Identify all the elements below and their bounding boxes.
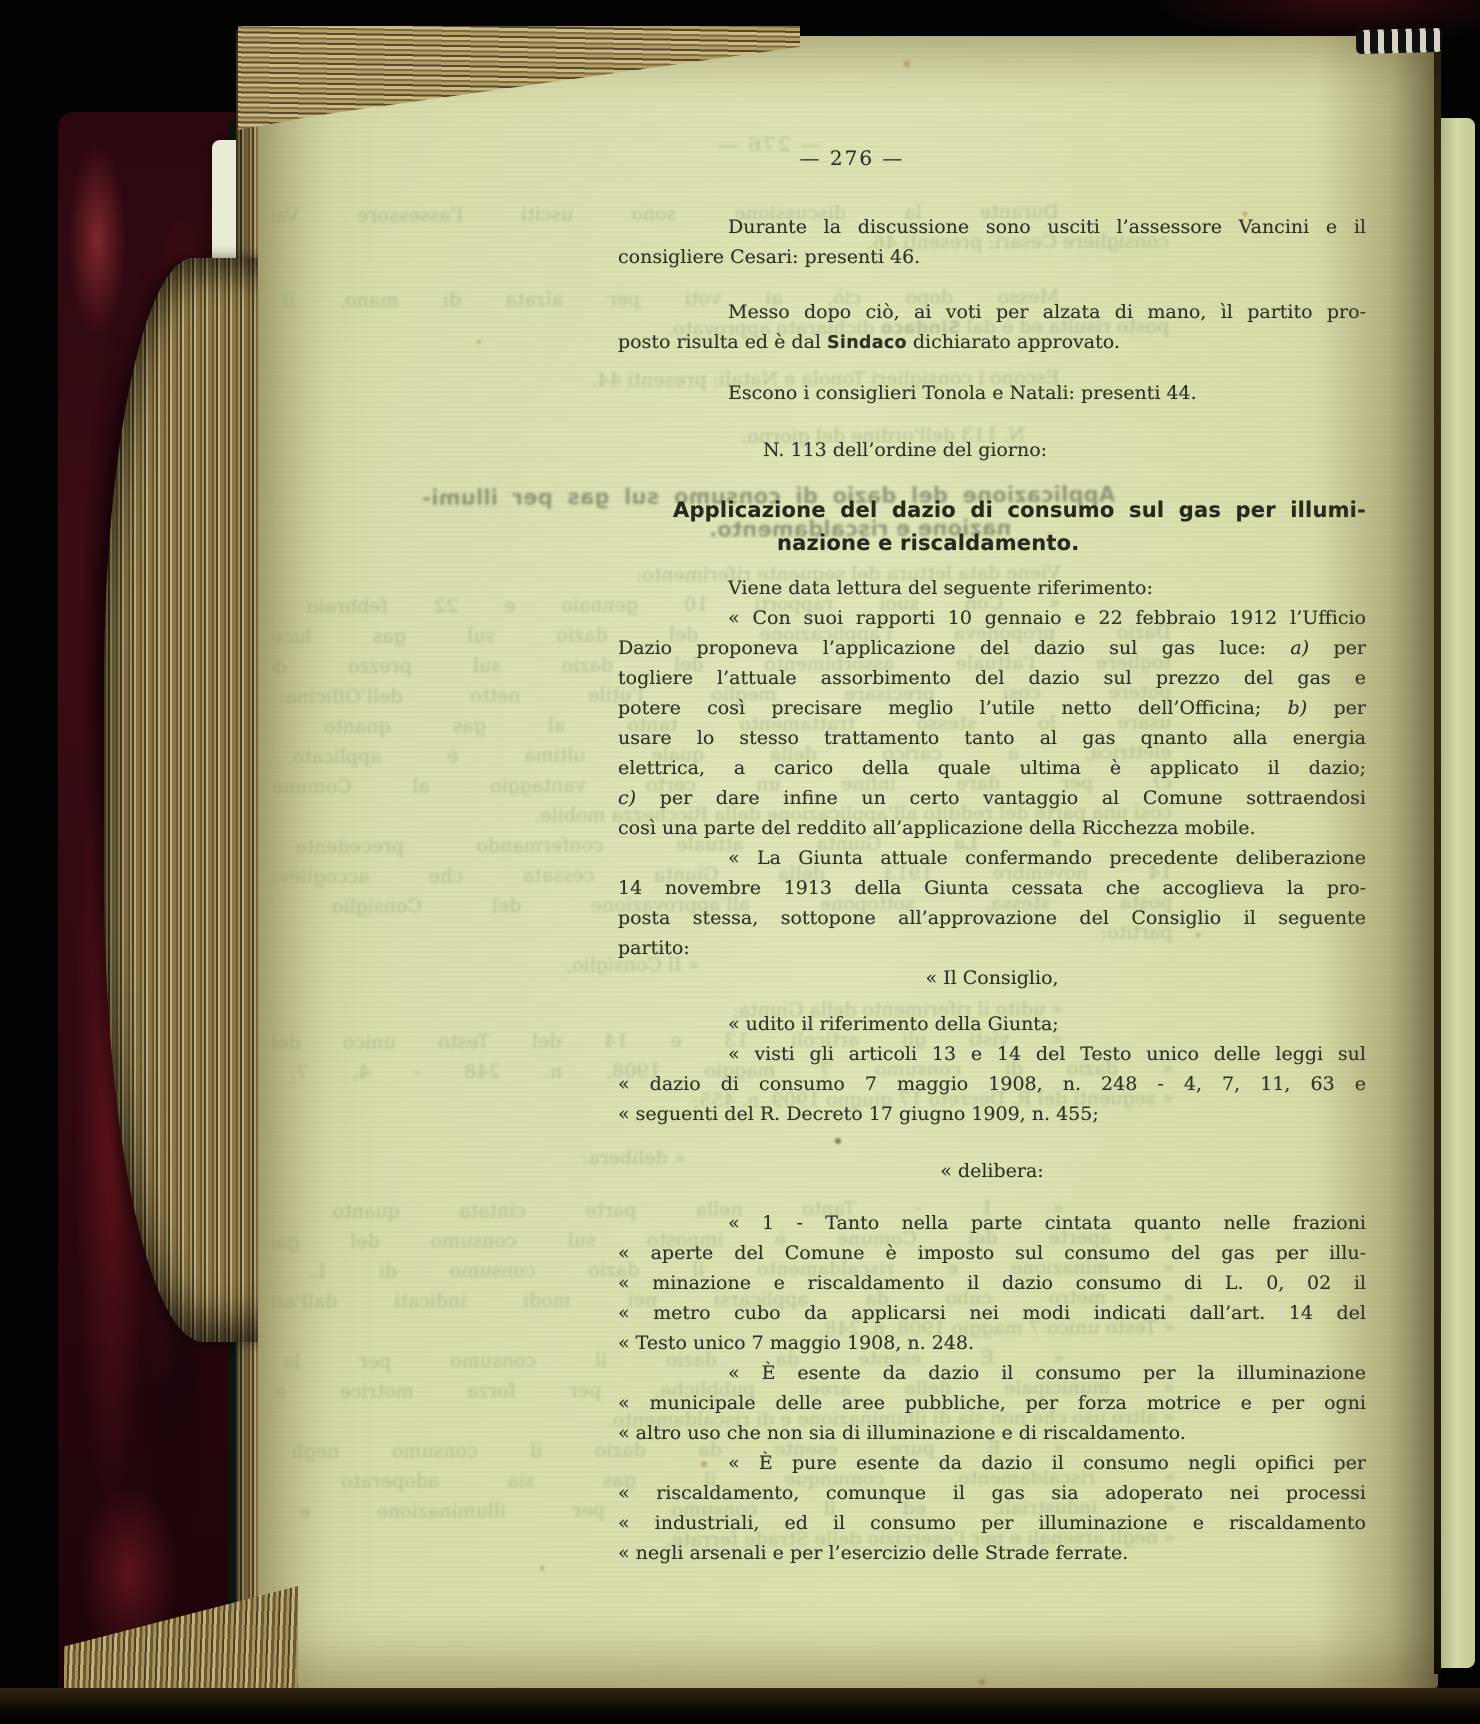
paragraph: « Con suoi rapporti 10 gennaio e 22 febb… bbox=[618, 603, 1366, 843]
section-heading: Applicazione del dazio di consumo sul ga… bbox=[673, 494, 1366, 560]
page-text: — 276 —Durante la discussione sono uscit… bbox=[618, 143, 1366, 1568]
paragraph: Escono i consiglieri Tonola e Natali: pr… bbox=[618, 378, 1366, 408]
text-run: « municipale delle aree pubbliche, per f… bbox=[618, 1392, 1366, 1414]
gutter-shadow bbox=[1318, 36, 1438, 1688]
text-run: N. 113 dell’ordine del giorno: bbox=[763, 439, 1047, 461]
text-run: così una parte del reddito all’applicazi… bbox=[618, 817, 1256, 839]
paragraph: « È esente da dazio il consumo per la il… bbox=[618, 1358, 1366, 1448]
book-photo: — 276 —Durante la discussione sono uscit… bbox=[0, 0, 1480, 1724]
text-line: « udito il riferimento della Giunta; bbox=[618, 1009, 1366, 1039]
text-line: Applicazione del dazio di consumo sul ga… bbox=[673, 494, 1366, 527]
text-run: usare lo stesso trattamento tanto al gas… bbox=[618, 727, 1366, 749]
text-run: Sindaco bbox=[827, 333, 907, 353]
text-run: nazione e riscaldamento. bbox=[777, 531, 1079, 555]
paragraph: Messo dopo ciò, ai voti per alzata di ma… bbox=[618, 297, 1366, 358]
text-line: posta stessa, sottopone all’approvazione… bbox=[618, 903, 1366, 933]
page-fold-line bbox=[1434, 34, 1441, 1674]
text-line: « municipale delle aree pubbliche, per f… bbox=[618, 1388, 1366, 1418]
text-run: Escono i consiglieri Tonola e Natali: pr… bbox=[728, 382, 1197, 404]
text-line: « 1 - Tanto nella parte cintata quanto n… bbox=[618, 1208, 1366, 1238]
paragraph: « La Giunta attuale confermando preceden… bbox=[618, 843, 1366, 963]
text-run: « È pure esente da dazio il consumo negl… bbox=[728, 1452, 1366, 1474]
text-run: Messo dopo ciò, ai voti per alzata di ma… bbox=[728, 301, 1366, 323]
text-run: consigliere Cesari: presenti 46. bbox=[618, 246, 920, 268]
text-run: « altro uso che non sia di illuminazione… bbox=[618, 1422, 1186, 1444]
text-run: Applicazione del dazio di consumo sul ga… bbox=[673, 498, 1366, 522]
paragraph: « È pure esente da dazio il consumo negl… bbox=[618, 1448, 1366, 1568]
text-line: 14 novembre 1913 della Giunta cessata ch… bbox=[618, 873, 1366, 903]
text-run: « È esente da dazio il consumo per la il… bbox=[728, 1362, 1366, 1384]
text-run: « La Giunta attuale confermando preceden… bbox=[728, 847, 1366, 869]
text-line: Dazio proponeva l’applicazione del dazio… bbox=[618, 633, 1366, 663]
text-run: « metro cubo da applicarsi nei modi indi… bbox=[618, 1302, 1366, 1324]
text-line: c) per dare infine un certo vantaggio al… bbox=[618, 783, 1366, 813]
centered-line: « delibera: bbox=[618, 1156, 1366, 1186]
text-line: N. 113 dell’ordine del giorno: bbox=[618, 435, 1366, 465]
text-run: 14 novembre 1913 della Giunta cessata ch… bbox=[618, 877, 1366, 899]
page-edges-bulge bbox=[104, 258, 276, 1342]
text-line: « Il Consiglio, bbox=[618, 963, 1366, 993]
adjacent-page-edge bbox=[1441, 118, 1475, 1668]
text-run: « negli arsenali e per l’esercizio delle… bbox=[618, 1542, 1128, 1564]
text-run: « industriali, ed il consumo per illumin… bbox=[618, 1512, 1366, 1534]
text-run: dichiarato approvato. bbox=[907, 331, 1120, 353]
text-run: c) bbox=[618, 787, 636, 809]
text-line: Escono i consiglieri Tonola e Natali: pr… bbox=[618, 378, 1366, 408]
text-run: partito: bbox=[618, 937, 690, 959]
text-line: — 276 — bbox=[478, 143, 1226, 173]
text-run: « Il Consiglio, bbox=[925, 967, 1058, 989]
text-run: « Con suoi rapporti 10 gennaio e 22 febb… bbox=[728, 607, 1366, 629]
text-line: « È pure esente da dazio il consumo negl… bbox=[618, 1448, 1366, 1478]
text-run: « aperte del Comune è imposto sul consum… bbox=[618, 1242, 1366, 1264]
text-run: « seguenti del R. Decreto 17 giugno 1909… bbox=[618, 1103, 1099, 1125]
text-line: « dazio di consumo 7 maggio 1908, n. 248… bbox=[618, 1069, 1366, 1099]
text-line: « altro uso che non sia di illuminazione… bbox=[618, 1418, 1366, 1448]
text-line: « riscaldamento, comunque il gas sia ado… bbox=[618, 1478, 1366, 1508]
text-run: « dazio di consumo 7 maggio 1908, n. 248… bbox=[618, 1073, 1366, 1095]
text-run: posta stessa, sottopone all’approvazione… bbox=[618, 907, 1366, 929]
text-line: Viene data lettura del seguente riferime… bbox=[618, 573, 1366, 603]
text-line: « negli arsenali e per l’esercizio delle… bbox=[618, 1538, 1366, 1568]
text-run: « riscaldamento, comunque il gas sia ado… bbox=[618, 1482, 1366, 1504]
text-run: « Testo unico 7 maggio 1908, n. 248. bbox=[618, 1332, 974, 1354]
paragraph: Viene data lettura del seguente riferime… bbox=[618, 573, 1366, 603]
text-line: partito: bbox=[618, 933, 1366, 963]
text-run: a) bbox=[1290, 637, 1309, 659]
text-line: « industriali, ed il consumo per illumin… bbox=[618, 1508, 1366, 1538]
text-line: togliere l’attuale assorbimento del dazi… bbox=[618, 663, 1366, 693]
text-line: potere così precisare meglio l’utile net… bbox=[618, 693, 1366, 723]
text-line: « È esente da dazio il consumo per la il… bbox=[618, 1358, 1366, 1388]
text-run: « minazione e riscaldamento il dazio con… bbox=[618, 1272, 1366, 1294]
text-line: Durante la discussione sono usciti l’ass… bbox=[618, 212, 1366, 242]
text-line: Messo dopo ciò, ai voti per alzata di ma… bbox=[618, 297, 1366, 327]
paragraph: « visti gli articoli 13 e 14 del Testo u… bbox=[618, 1039, 1366, 1129]
text-run: Dazio proponeva l’applicazione del dazio… bbox=[618, 637, 1290, 659]
text-line: « aperte del Comune è imposto sul consum… bbox=[618, 1238, 1366, 1268]
text-run: « visti gli articoli 13 e 14 del Testo u… bbox=[728, 1043, 1366, 1065]
paragraph: N. 113 dell’ordine del giorno: bbox=[618, 435, 1366, 465]
headband bbox=[1356, 28, 1443, 54]
paragraph: « 1 - Tanto nella parte cintata quanto n… bbox=[618, 1208, 1366, 1358]
text-line: « La Giunta attuale confermando preceden… bbox=[618, 843, 1366, 873]
text-line: elettrica, a carico della quale ultima è… bbox=[618, 753, 1366, 783]
centered-line: « Il Consiglio, bbox=[618, 963, 1366, 993]
text-line: « delibera: bbox=[618, 1156, 1366, 1186]
text-run: « delibera: bbox=[940, 1160, 1043, 1182]
text-run: elettrica, a carico della quale ultima è… bbox=[618, 757, 1366, 779]
book-bottom-shadow bbox=[0, 1688, 1480, 1724]
text-run: potere così precisare meglio l’utile net… bbox=[618, 697, 1288, 719]
text-line: « Testo unico 7 maggio 1908, n. 248. bbox=[618, 1328, 1366, 1358]
text-run: — 276 — bbox=[800, 146, 905, 170]
text-line: « seguenti del R. Decreto 17 giugno 1909… bbox=[618, 1099, 1366, 1129]
text-run: posto risulta ed è dal bbox=[618, 331, 827, 353]
text-line: « Con suoi rapporti 10 gennaio e 22 febb… bbox=[618, 603, 1366, 633]
page-number: — 276 — bbox=[618, 143, 1366, 173]
text-line: « visti gli articoli 13 e 14 del Testo u… bbox=[618, 1039, 1366, 1069]
text-run: « udito il riferimento della Giunta; bbox=[728, 1013, 1059, 1035]
text-line: « metro cubo da applicarsi nei modi indi… bbox=[618, 1298, 1366, 1328]
text-run: per dare infine un certo vantaggio al Co… bbox=[636, 787, 1366, 809]
paragraph: Durante la discussione sono usciti l’ass… bbox=[618, 212, 1366, 272]
text-line: nazione e riscaldamento. bbox=[673, 527, 1366, 560]
text-line: usare lo stesso trattamento tanto al gas… bbox=[618, 723, 1366, 753]
text-run: Viene data lettura del seguente riferime… bbox=[728, 577, 1153, 599]
text-line: consigliere Cesari: presenti 46. bbox=[618, 242, 1366, 272]
text-run: Durante la discussione sono usciti l’ass… bbox=[728, 216, 1366, 238]
text-line: « minazione e riscaldamento il dazio con… bbox=[618, 1268, 1366, 1298]
text-run: togliere l’attuale assorbimento del dazi… bbox=[618, 667, 1366, 689]
text-line: posto risulta ed è dal Sindaco dichiarat… bbox=[618, 327, 1366, 358]
text-run: « 1 - Tanto nella parte cintata quanto n… bbox=[728, 1212, 1366, 1234]
text-line: così una parte del reddito all’applicazi… bbox=[618, 813, 1366, 843]
text-run: b) bbox=[1288, 697, 1308, 719]
paragraph: « udito il riferimento della Giunta; bbox=[618, 1009, 1366, 1039]
